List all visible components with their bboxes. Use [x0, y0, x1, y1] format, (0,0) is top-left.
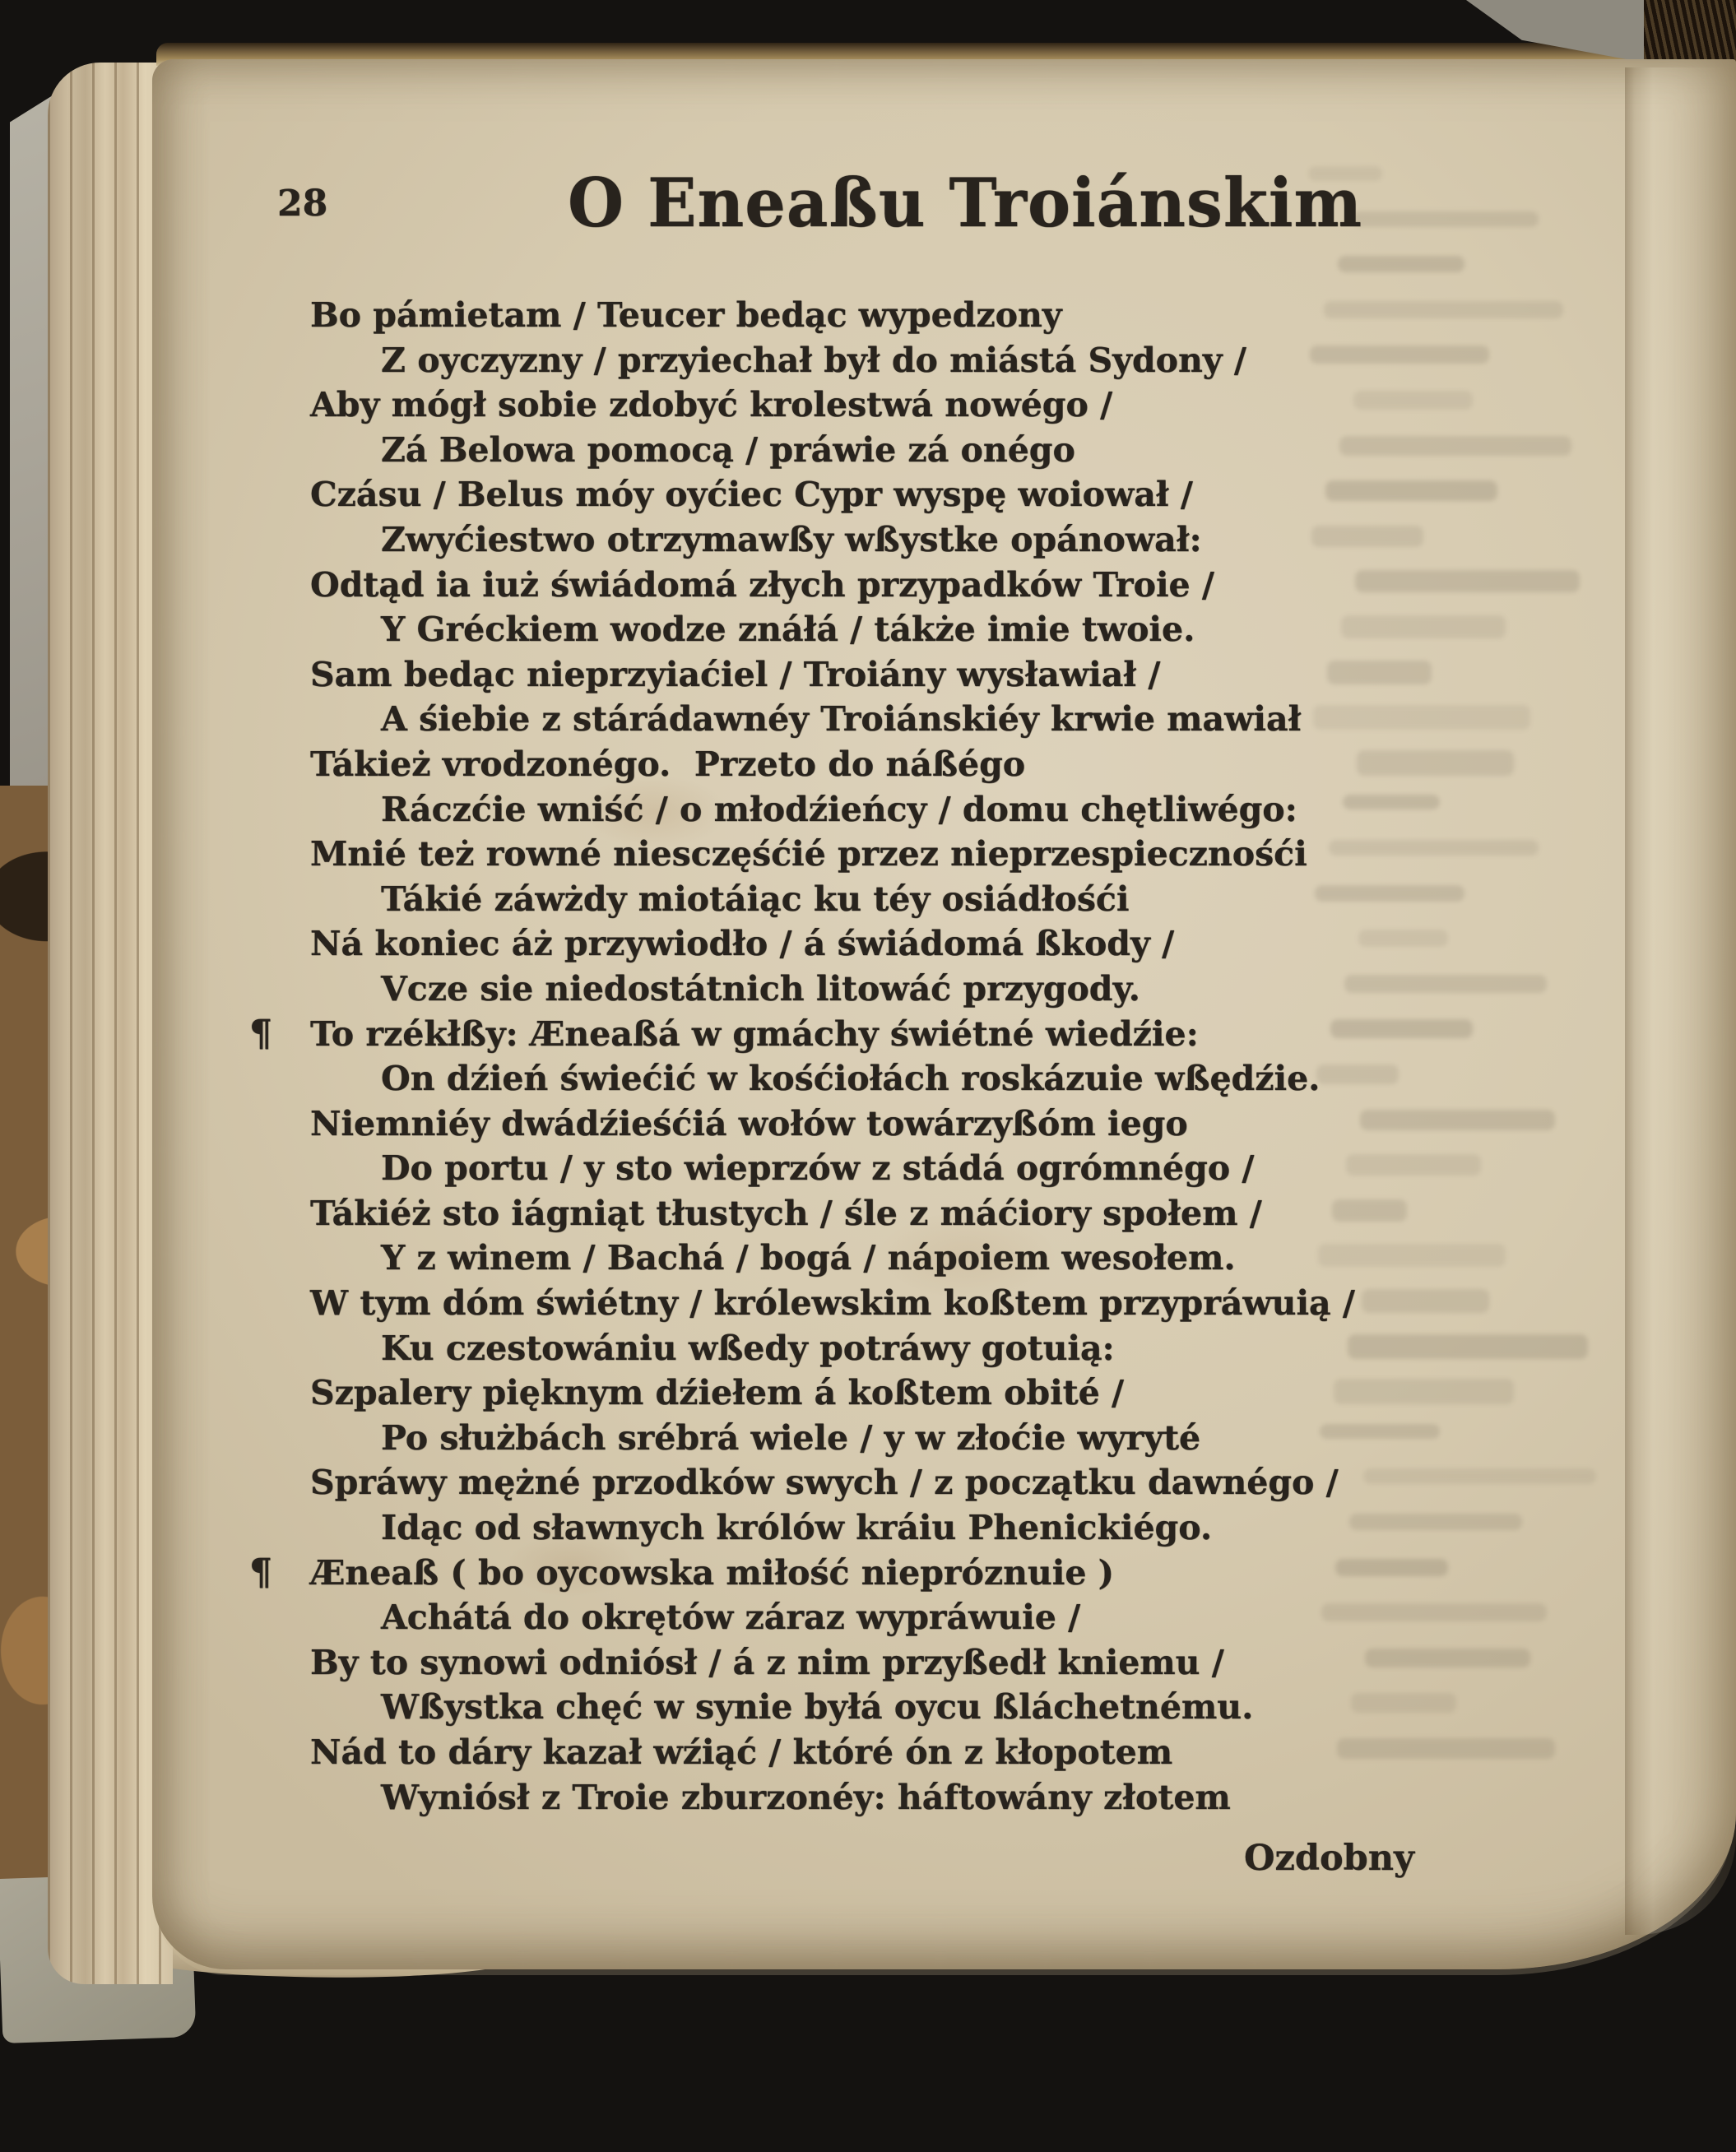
- poem-line: Wyniósł z Troie zburzonéy: háftowány zło…: [310, 1775, 1511, 1820]
- poem-line-text: Szpalery pięknym dźiełem á koßtem obité …: [310, 1373, 1124, 1412]
- poem-line-text: A śiebie z stárádawnéy Troiánskiéy krwie…: [381, 699, 1301, 739]
- poem-line: W tym dóm świétny / królewskim koßtem pr…: [310, 1281, 1511, 1326]
- poem-line: Sam bedąc nieprzyiaćiel / Troiány wysław…: [310, 652, 1511, 698]
- poem-line-text: Tákież vrodzonégo. Przeto do náßégo: [310, 744, 1025, 784]
- poem-line: A śiebie z stárádawnéy Troiánskiéy krwie…: [310, 697, 1511, 742]
- poem-line: Y Gréckiem wodze znáłá / tákże imie twoi…: [310, 607, 1511, 652]
- poem-line-text: Z oyczyzny / przyiechał był do miástá Sy…: [381, 341, 1246, 380]
- poem-line: Ráczćie wniść / o młodźieńcy / domu chęt…: [310, 787, 1511, 833]
- ghost-text-stripe: [1352, 211, 1539, 227]
- poem-line: Czásu / Belus móy oyćiec Cypr wyspę woio…: [310, 472, 1511, 517]
- poem-line: Tákiéż sto iágniąt tłustych / śle z máći…: [310, 1191, 1511, 1236]
- poem-lines: Bo pámietam / Teucer bedąc wypedzonyZ oy…: [310, 293, 1511, 1820]
- poem-line-text: Spráwy mężné przodków swych / z początku…: [310, 1463, 1339, 1502]
- poem-line-text: Odtąd ia iuż świádomá złych przypadków T…: [310, 565, 1214, 605]
- poem-line-text: Wßystka chęć w synie byłá oycu ßláchetné…: [381, 1687, 1253, 1727]
- poem-line: Y z winem / Bachá / bogá / nápoiem wesoł…: [310, 1236, 1511, 1281]
- poem-line: Zwyćiestwo otrzymawßy wßystke opánował:: [310, 517, 1511, 563]
- poem-line-text: Y Gréckiem wodze znáłá / tákże imie twoi…: [381, 610, 1195, 649]
- poem-line-text: Ráczćie wniść / o młodźieńcy / domu chęt…: [381, 790, 1297, 829]
- poem-line: Idąc od sławnych królów kráiu Phenickiég…: [310, 1505, 1511, 1551]
- poem-line-text: Zá Belowa pomocą / práwie zá onégo: [381, 430, 1075, 470]
- poem-line-text: Sam bedąc nieprzyiaćiel / Troiány wysław…: [310, 655, 1160, 694]
- poem-line-text: Wyniósł z Troie zburzonéy: háftowány zło…: [381, 1778, 1231, 1817]
- poem-line: Spráwy mężné przodków swych / z początku…: [310, 1460, 1511, 1505]
- poem-line-text: To rzékłßy: Æneaßá w gmáchy świétné wied…: [310, 1014, 1199, 1054]
- poem-line-text: Ku czestowániu wßedy potráwy gotuią:: [381, 1329, 1115, 1368]
- poem-line: Mnié też rowné niesczęśćié przez nieprze…: [310, 832, 1511, 877]
- poem-line-text: Ná koniec áż przywiodło / á świádomá ßko…: [310, 924, 1174, 963]
- poem-line-text: Po służbách srébrá wiele / y w złoćie wy…: [381, 1418, 1200, 1458]
- poem-line-text: Tákiéż sto iágniąt tłustych / śle z máći…: [310, 1194, 1262, 1233]
- poem-line-text: Vcze sie niedostátnich litowáć przygody.: [381, 969, 1140, 1009]
- poem-line: Odtąd ia iuż świádomá złych przypadków T…: [310, 563, 1511, 608]
- poem: Bo pámietam / Teucer bedąc wypedzonyZ oy…: [310, 293, 1511, 1820]
- poem-line: Po służbách srébrá wiele / y w złoćie wy…: [310, 1416, 1511, 1461]
- page-crease: [1625, 67, 1736, 1935]
- poem-line-text: Aby mógł sobie zdobyć krolestwá nowégo /: [310, 385, 1112, 424]
- poem-line: Nád to dáry kazał wźiąć / któré ón z kło…: [310, 1730, 1511, 1775]
- poem-line-text: Nád to dáry kazał wźiąć / któré ón z kło…: [310, 1732, 1172, 1772]
- poem-line: Achátá do okrętów záraz wypráwuie /: [310, 1595, 1511, 1640]
- poem-line-text: Bo pámietam / Teucer bedąc wypedzony: [310, 295, 1062, 335]
- poem-line: Do portu / y sto wieprzów z stádá ogrómn…: [310, 1146, 1511, 1191]
- running-title: O Eneaßu Troiánskim: [568, 165, 1362, 243]
- poem-line: Z oyczyzny / przyiechał był do miástá Sy…: [310, 338, 1511, 383]
- scanned-book-photo: 28 O Eneaßu Troiánskim Bo pámietam / Teu…: [0, 0, 1736, 2152]
- poem-line-text: Æneaß ( bo oycowska miłość niepróznuie ): [310, 1553, 1114, 1593]
- poem-line-text: By to synowi odniósł / á z nim przyßedł …: [310, 1643, 1224, 1682]
- poem-line: Zá Belowa pomocą / práwie zá onégo: [310, 428, 1511, 473]
- poem-line: Tákié záwżdy miotáiąc ku téy osiádłośći: [310, 877, 1511, 922]
- poem-line-text: W tym dóm świétny / królewskim koßtem pr…: [310, 1283, 1355, 1323]
- poem-line: Aby mógł sobie zdobyć krolestwá nowégo /: [310, 383, 1511, 428]
- poem-line: Szpalery pięknym dźiełem á koßtem obité …: [310, 1371, 1511, 1416]
- poem-line: By to synowi odniósł / á z nim przyßedł …: [310, 1640, 1511, 1686]
- poem-line: Tákież vrodzonégo. Przeto do náßégo: [310, 742, 1511, 787]
- poem-line: ¶To rzékłßy: Æneaßá w gmáchy świétné wie…: [310, 1012, 1511, 1057]
- catchword: Ozdobny: [1244, 1838, 1414, 1879]
- poem-line-text: Tákié záwżdy miotáiąc ku téy osiádłośći: [381, 879, 1129, 919]
- poem-line-text: Achátá do okrętów záraz wypráwuie /: [381, 1598, 1080, 1637]
- poem-line: Niemniéy dwádźieśćiá wołów towárzyßóm ie…: [310, 1102, 1511, 1147]
- poem-line: Ku czestowániu wßedy potráwy gotuią:: [310, 1326, 1511, 1371]
- poem-line: ¶Æneaß ( bo oycowska miłość niepróznuie …: [310, 1551, 1511, 1596]
- poem-line-text: Do portu / y sto wieprzów z stádá ogrómn…: [381, 1148, 1254, 1188]
- poem-line-text: Idąc od sławnych królów kráiu Phenickiég…: [381, 1508, 1212, 1547]
- ghost-text-stripe: [1338, 256, 1464, 272]
- poem-line: On dźień świećić w kośćiołách roskázuie …: [310, 1056, 1511, 1102]
- poem-line-text: Mnié też rowné niesczęśćié przez nieprze…: [310, 834, 1307, 874]
- poem-line-text: On dźień świećić w kośćiołách roskázuie …: [381, 1059, 1320, 1098]
- poem-line: Bo pámietam / Teucer bedąc wypedzony: [310, 293, 1511, 338]
- poem-line-text: Niemniéy dwádźieśćiá wołów towárzyßóm ie…: [310, 1104, 1188, 1143]
- poem-line-text: Zwyćiestwo otrzymawßy wßystke opánował:: [381, 520, 1202, 559]
- page-number: 28: [277, 183, 327, 225]
- book-page: 28 O Eneaßu Troiánskim Bo pámietam / Teu…: [152, 59, 1736, 1969]
- poem-line: Vcze sie niedostátnich litowáć przygody.: [310, 967, 1511, 1012]
- poem-line-text: Czásu / Belus móy oyćiec Cypr wyspę woio…: [310, 475, 1193, 514]
- poem-line: Ná koniec áż przywiodło / á świádomá ßko…: [310, 921, 1511, 967]
- poem-line: Wßystka chęć w synie byłá oycu ßláchetné…: [310, 1685, 1511, 1730]
- poem-line-text: Y z winem / Bachá / bogá / nápoiem wesoł…: [381, 1238, 1236, 1278]
